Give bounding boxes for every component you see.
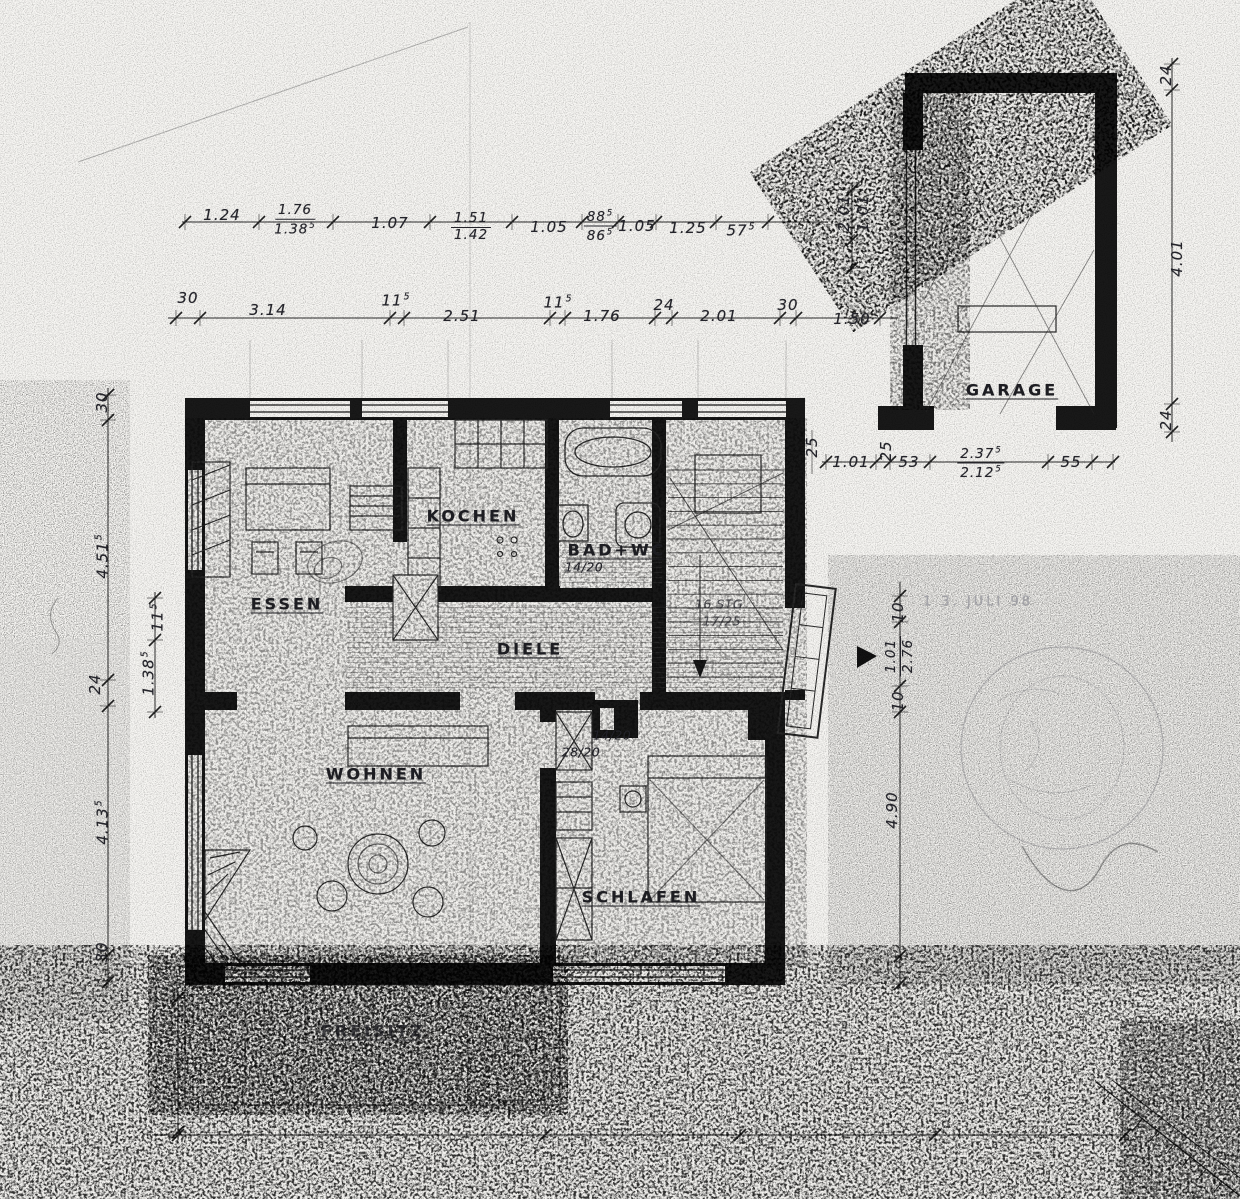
note-stair-steps: 16 STG xyxy=(695,597,743,610)
dim-2-01-v: 2.01 xyxy=(837,194,853,231)
dim-25-b: 25 xyxy=(879,440,895,461)
room-label-schlafen: SCHLAFEN xyxy=(582,888,700,907)
dim-24-gar-bot: 24 xyxy=(1159,409,1175,430)
dim-1-38-5-left: 1.385 xyxy=(141,650,158,695)
dim-53: 53 xyxy=(898,455,919,471)
room-label-bad-wc: BAD+WC xyxy=(568,541,667,560)
dim-885-865: 885865 xyxy=(584,209,617,244)
room-label-garage: GARAGE xyxy=(966,381,1058,400)
dim-176-138: 1.761.385 xyxy=(274,202,315,237)
dim-55: 55 xyxy=(1060,455,1081,471)
scanned-floor-plan-page: 1.241.761.3851.071.511.421.058858651.051… xyxy=(0,0,1240,1199)
dim-1-05-b: 1.05 xyxy=(618,219,655,235)
dim-1-50: 1.50 xyxy=(833,312,870,328)
dim-1-76: 1.76 xyxy=(583,309,620,325)
room-label-freisitz: FREISITZ xyxy=(321,1022,425,1041)
dim-4-01-gar: 4.01 xyxy=(1170,239,1186,276)
dim-30-left-top: 30 xyxy=(95,391,111,412)
room-label-kochen: KOCHEN xyxy=(427,507,520,526)
dim-4-51-5: 4.515 xyxy=(95,533,112,578)
dim-11-5-b: 115 xyxy=(543,295,572,312)
dim-24-left: 24 xyxy=(88,673,104,694)
dim-2-01: 2.01 xyxy=(700,309,737,325)
dim-57-5: 575 xyxy=(726,223,755,240)
dim-1-01: 1.01 xyxy=(832,455,869,471)
dim-11-5-a: 115 xyxy=(381,293,410,310)
note-stair-riser: 17/25 xyxy=(703,614,742,627)
dim-2-51: 2.51 xyxy=(443,309,480,325)
dim-24-a: 24 xyxy=(653,298,674,314)
dim-3-14: 3.14 xyxy=(249,303,286,319)
dim-1-05-a: 1.05 xyxy=(530,220,567,236)
dim-30-left-bot: 30 xyxy=(95,941,111,962)
dim-101-276: 1.012.76 xyxy=(883,636,915,676)
dim-10-top: 10 xyxy=(891,601,907,622)
dim-4-13-5: 4.135 xyxy=(95,799,112,844)
dim-4-90: 4.90 xyxy=(885,791,901,828)
note-chimney-28-20: 28/20 xyxy=(562,745,601,758)
room-label-essen: ESSEN xyxy=(251,595,324,614)
dim-237-212: 2.3752.125 xyxy=(957,446,1004,481)
text-annotations: 1.241.761.3851.071.511.421.058858651.051… xyxy=(0,0,1240,1199)
note-bad-14-20: 14/20 xyxy=(565,560,604,573)
dim-30-a: 30 xyxy=(177,291,198,307)
dim-1-25: 1.25 xyxy=(669,221,706,237)
dim-30-b: 30 xyxy=(777,298,798,314)
dim-10-bot: 10 xyxy=(891,690,907,711)
room-label-diele: DIELE xyxy=(497,640,563,659)
dim-1-07: 1.07 xyxy=(371,216,408,232)
dim-24-gar-top: 24 xyxy=(1159,64,1175,85)
room-label-wohnen: WOHNEN xyxy=(326,765,426,784)
dim-1-24: 1.24 xyxy=(203,208,240,224)
dim-25-a: 25 xyxy=(805,436,821,457)
note-chimney-14-20: 14/20 xyxy=(593,728,632,741)
dim-151-142: 1.511.42 xyxy=(451,210,491,242)
date-stamp: 1 3. JULI 98 xyxy=(923,595,1033,610)
dim-11-5-left: 115 xyxy=(150,602,167,631)
dim-1-01-v: 1.01 xyxy=(856,194,872,231)
